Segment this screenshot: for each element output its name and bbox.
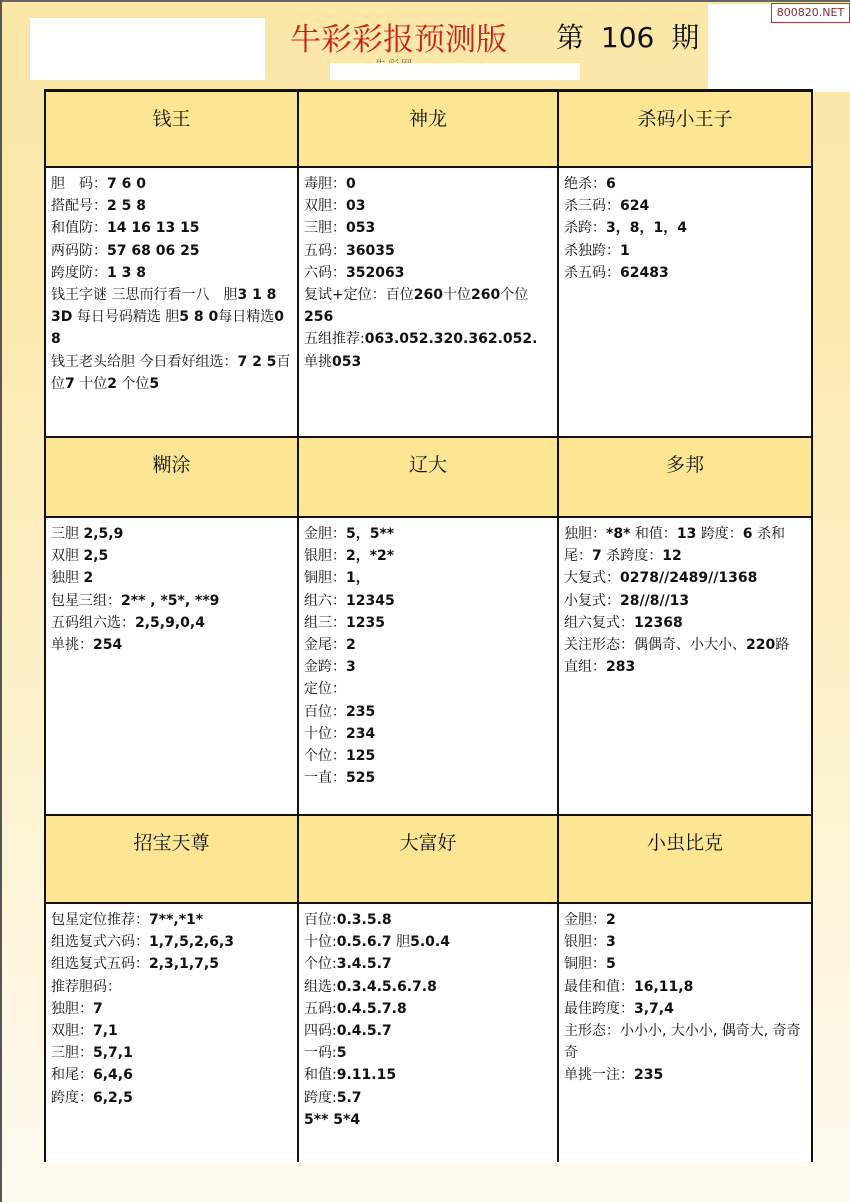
line: 金跨：3 bbox=[304, 656, 551, 678]
line: 单挑一注：235 bbox=[564, 1064, 805, 1086]
line: 独胆：7 bbox=[51, 998, 291, 1020]
line: 个位:3.4.5.7 bbox=[304, 953, 551, 975]
line: 三胆：5,7,1 bbox=[51, 1042, 291, 1064]
redacted-logo-area bbox=[30, 18, 265, 80]
line: 铜胆：1， bbox=[304, 567, 551, 589]
line: 杀跨：3，8，1，4 bbox=[564, 217, 805, 239]
line: 杀独跨：1 bbox=[564, 240, 805, 262]
line: 钱王字谜 三思而行看一八 胆3 1 8 bbox=[51, 284, 291, 306]
line: 组六：12345 bbox=[304, 590, 551, 612]
expert-name-xiaochongbike: 小虫比克 bbox=[557, 816, 813, 904]
prediction-grid: 钱王 神龙 杀码小王子 胆 码：7 6 0 搭配号：2 5 8 和值防：14 1… bbox=[44, 89, 813, 1162]
grid-header-row-3: 招宝天尊 大富好 小虫比克 bbox=[44, 816, 813, 904]
line: 两码防：57 68 06 25 bbox=[51, 240, 291, 262]
grid-header-row-1: 钱王 神龙 杀码小王子 bbox=[44, 92, 813, 168]
line: 一码:5 bbox=[304, 1042, 551, 1064]
grid-body-row-3: 包星定位推荐：7**,*1* 组选复式六码：1,7,5,2,6,3 组选复式五码… bbox=[44, 904, 813, 1162]
line: 十位：234 bbox=[304, 723, 551, 745]
line: 跨度防：1 3 8 bbox=[51, 262, 291, 284]
line: 5** 5*4 bbox=[304, 1109, 551, 1131]
line: 双胆：03 bbox=[304, 195, 551, 217]
line: 和尾：6,4,6 bbox=[51, 1064, 291, 1086]
line: 五码：36035 bbox=[304, 240, 551, 262]
line: 毒胆：0 bbox=[304, 173, 551, 195]
line: 包星定位推荐：7**,*1* bbox=[51, 909, 291, 931]
line: 跨度：6,2,5 bbox=[51, 1087, 291, 1109]
expert-name-shamaxiaowangzi: 杀码小王子 bbox=[557, 92, 813, 168]
line: 3D 每日号码精选 胆5 8 0每日精选0 8 bbox=[51, 306, 291, 350]
line: 一直：525 bbox=[304, 767, 551, 789]
line: 三胆 2,5,9 bbox=[51, 523, 291, 545]
line: 五组推荐:063.052.320.362.052. bbox=[304, 328, 551, 350]
page-title: 牛彩彩报预测版 bbox=[290, 14, 507, 59]
line: 杀五码：62483 bbox=[564, 262, 805, 284]
grid-body-row-1: 胆 码：7 6 0 搭配号：2 5 8 和值防：14 16 13 15 两码防：… bbox=[44, 168, 813, 438]
line: 和值:9.11.15 bbox=[304, 1064, 551, 1086]
line: 三胆：053 bbox=[304, 217, 551, 239]
page-left-border bbox=[0, 0, 2, 1202]
line: 复试+定位：百位260十位260个位256 bbox=[304, 284, 551, 328]
line: 十位:0.5.6.7 胆5.0.4 bbox=[304, 931, 551, 953]
line: 杀三码：624 bbox=[564, 195, 805, 217]
prediction-cell-xiaochongbike: 金胆：2 银胆：3 铜胆：5 最佳和值：16,11,8 最佳跨度：3,7,4 主… bbox=[557, 904, 813, 1162]
line: 胆 码：7 6 0 bbox=[51, 173, 291, 195]
line: 定位： bbox=[304, 678, 551, 700]
line: 五码组六选：2,5,9,0,4 bbox=[51, 612, 291, 634]
line: 百位:0.3.5.8 bbox=[304, 909, 551, 931]
line: 和值防：14 16 13 15 bbox=[51, 217, 291, 239]
grid-header-row-2: 糊涂 辽大 多邦 bbox=[44, 438, 813, 518]
line: 包星三组：2** , *5*, **9 bbox=[51, 590, 291, 612]
line: 百位：235 bbox=[304, 701, 551, 723]
line: 金胆：5，5** bbox=[304, 523, 551, 545]
line: 关注形态：偶偶奇、小大小、220路 bbox=[564, 634, 805, 656]
line: 四码:0.4.5.7 bbox=[304, 1020, 551, 1042]
line: 双胆：7,1 bbox=[51, 1020, 291, 1042]
watermark-badge: 800820.NET bbox=[771, 3, 850, 23]
line: 搭配号：2 5 8 bbox=[51, 195, 291, 217]
line: 独胆 2 bbox=[51, 567, 291, 589]
line: 银胆：3 bbox=[564, 931, 805, 953]
line: 金胆：2 bbox=[564, 909, 805, 931]
line: 推荐胆码： bbox=[51, 976, 291, 998]
line: 单挑：254 bbox=[51, 634, 291, 656]
expert-name-duobang: 多邦 bbox=[557, 438, 813, 518]
line: 直组：283 bbox=[564, 656, 805, 678]
prediction-cell-shamaxiaowangzi: 绝杀：6 杀三码：624 杀跨：3，8，1，4 杀独跨：1 杀五码：62483 bbox=[557, 168, 813, 438]
prediction-cell-hutu: 三胆 2,5,9 双胆 2,5 独胆 2 包星三组：2** , *5*, **9… bbox=[44, 518, 297, 816]
expert-name-hutu: 糊涂 bbox=[44, 438, 297, 518]
line: 最佳跨度：3,7,4 bbox=[564, 998, 805, 1020]
redacted-subtitle-area bbox=[330, 63, 580, 80]
line: 组选复式五码：2,3,1,7,5 bbox=[51, 953, 291, 975]
line: 铜胆：5 bbox=[564, 953, 805, 975]
line: 金尾：2 bbox=[304, 634, 551, 656]
line: 银胆：2，*2* bbox=[304, 545, 551, 567]
prediction-cell-duobang: 独胆：*8* 和值：13 跨度：6 杀和尾：7 杀跨度：12 大复式：0278/… bbox=[557, 518, 813, 816]
prediction-cell-liaoda: 金胆：5，5** 银胆：2，*2* 铜胆：1， 组六：12345 组三：1235… bbox=[297, 518, 557, 816]
line: 最佳和值：16,11,8 bbox=[564, 976, 805, 998]
prediction-cell-shenlong: 毒胆：0 双胆：03 三胆：053 五码：36035 六码：352063 复试+… bbox=[297, 168, 557, 438]
expert-name-dafuhao: 大富好 bbox=[297, 816, 557, 904]
grid-body-row-2: 三胆 2,5,9 双胆 2,5 独胆 2 包星三组：2** , *5*, **9… bbox=[44, 518, 813, 816]
line: 组三：1235 bbox=[304, 612, 551, 634]
expert-name-zhaobaotianzun: 招宝天尊 bbox=[44, 816, 297, 904]
line: 六码：352063 bbox=[304, 262, 551, 284]
line: 组选复式六码：1,7,5,2,6,3 bbox=[51, 931, 291, 953]
line: 钱王老头给胆 今日看好组选：7 2 5百位7 十位2 个位5 bbox=[51, 351, 291, 395]
expert-name-liaoda: 辽大 bbox=[297, 438, 557, 518]
prediction-cell-zhaobaotianzun: 包星定位推荐：7**,*1* 组选复式六码：1,7,5,2,6,3 组选复式五码… bbox=[44, 904, 297, 1162]
line: 个位：125 bbox=[304, 745, 551, 767]
expert-name-shenlong: 神龙 bbox=[297, 92, 557, 168]
prediction-cell-qianwang: 胆 码：7 6 0 搭配号：2 5 8 和值防：14 16 13 15 两码防：… bbox=[44, 168, 297, 438]
line: 组选:0.3.4.5.6.7.8 bbox=[304, 976, 551, 998]
line: 跨度:5.7 bbox=[304, 1087, 551, 1109]
line: 双胆 2,5 bbox=[51, 545, 291, 567]
line: 绝杀：6 bbox=[564, 173, 805, 195]
line: 小复式：28//8//13 bbox=[564, 590, 805, 612]
expert-name-qianwang: 钱王 bbox=[44, 92, 297, 168]
line: 单挑053 bbox=[304, 351, 551, 373]
line: 组六复式：12368 bbox=[564, 612, 805, 634]
line: 主形态：小小小, 大小小, 偶奇大, 奇奇奇 bbox=[564, 1020, 805, 1064]
prediction-cell-dafuhao: 百位:0.3.5.8 十位:0.5.6.7 胆5.0.4 个位:3.4.5.7 … bbox=[297, 904, 557, 1162]
line: 独胆：*8* 和值：13 跨度：6 杀和尾：7 杀跨度：12 bbox=[564, 523, 805, 567]
issue-number: 第 106 期 bbox=[556, 16, 699, 56]
line: 大复式：0278//2489//1368 bbox=[564, 567, 805, 589]
line: 五码:0.4.5.7.8 bbox=[304, 998, 551, 1020]
page-top-border bbox=[0, 0, 850, 2]
